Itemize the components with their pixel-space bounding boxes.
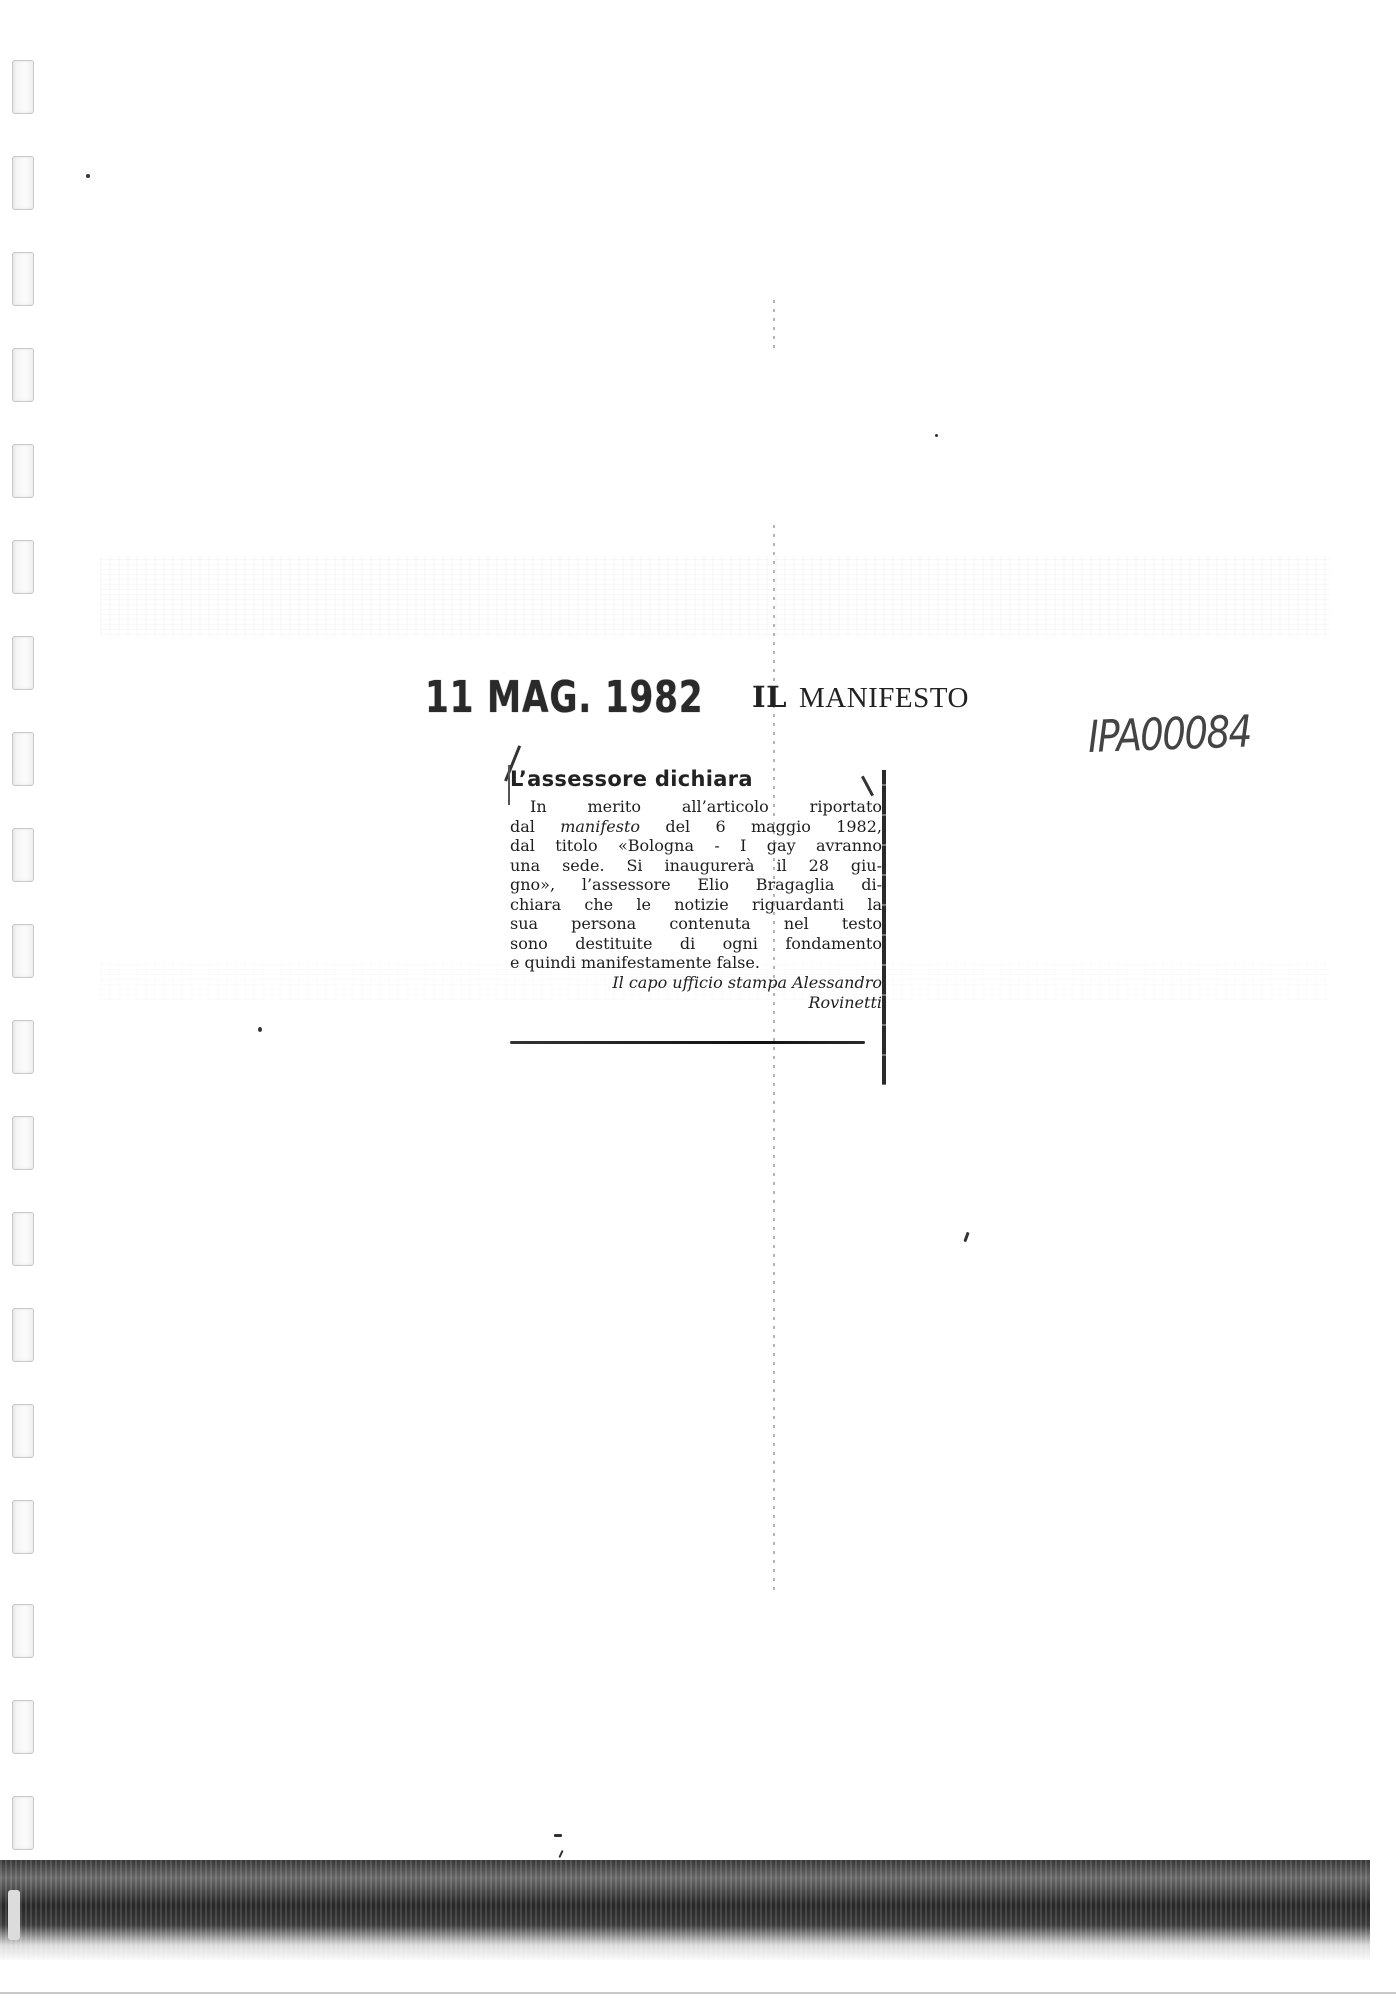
binder-hole [12, 348, 34, 402]
photocopy-noise [100, 555, 1330, 635]
binder-hole [12, 156, 34, 210]
speck [963, 1232, 969, 1242]
clipping-bottom-rule [510, 1041, 865, 1044]
binder-hole [12, 540, 34, 594]
binder-hole [12, 1796, 34, 1850]
binder-hole [12, 1700, 34, 1754]
article-line: gno», l’assessore Elio Bragaglia di- [510, 875, 882, 895]
binder-hole [12, 924, 34, 978]
article-body: In merito all’articolo riportato dal man… [510, 797, 882, 973]
binder-hole [12, 1604, 34, 1658]
binder-hole [12, 732, 34, 786]
binder-hole [12, 1500, 34, 1554]
speck [258, 1027, 262, 1032]
scanned-page: 11 MAG. 1982 ILMANIFESTO IPA00084 L’asse… [0, 0, 1396, 2000]
masthead-name: MANIFESTO [799, 682, 969, 714]
binder-hole [12, 1308, 34, 1362]
signature-line: Rovinetti [510, 993, 882, 1013]
speck [935, 434, 938, 437]
binder-hole [12, 1020, 34, 1074]
article-clipping: L’assessore dichiara In merito all’artic… [510, 755, 882, 1044]
binder-hole [12, 444, 34, 498]
fold-line [773, 300, 775, 350]
clip-edge [508, 765, 510, 805]
article-line: sua persona contenuta nel testo [510, 914, 882, 934]
article-line: dal titolo «Bologna - I gay avranno [510, 836, 882, 856]
speck [86, 174, 90, 178]
article-line: e quindi manifestamente false. [510, 953, 882, 973]
column-rule [882, 770, 886, 1085]
article-signature: Il capo ufficio stampa Alessandro Rovine… [510, 973, 882, 1013]
binder-hole [12, 60, 34, 114]
binder-holes [12, 0, 36, 2000]
binder-hole [12, 252, 34, 306]
article-line: una sede. Si inaugurerà il 28 giu- [510, 856, 882, 876]
binder-hole [12, 1404, 34, 1458]
masthead-prefix: IL [752, 680, 787, 714]
scanner-edge-strip [0, 1860, 1370, 1960]
page-edge [0, 1992, 1396, 1994]
newspaper-masthead: ILMANIFESTO [752, 680, 969, 715]
article-line: In merito all’articolo riportato [510, 797, 882, 817]
binder-hole [12, 828, 34, 882]
article-line: chiara che le notizie riguardanti la [510, 895, 882, 915]
binder-hole [8, 1890, 20, 1940]
handwritten-archive-code: IPA00084 [1087, 706, 1251, 763]
speck [558, 1850, 563, 1858]
speck [554, 1834, 562, 1837]
date-stamp: 11 MAG. 1982 [425, 672, 703, 723]
article-headline: L’assessore dichiara [510, 767, 882, 791]
signature-line: Il capo ufficio stampa Alessandro [510, 973, 882, 993]
binder-hole [12, 636, 34, 690]
binder-hole [12, 1116, 34, 1170]
article-line: sono destituite di ogni fondamento [510, 934, 882, 954]
article-line-with-italic: dal manifesto del 6 maggio 1982, [510, 817, 882, 837]
binder-hole [12, 1212, 34, 1266]
